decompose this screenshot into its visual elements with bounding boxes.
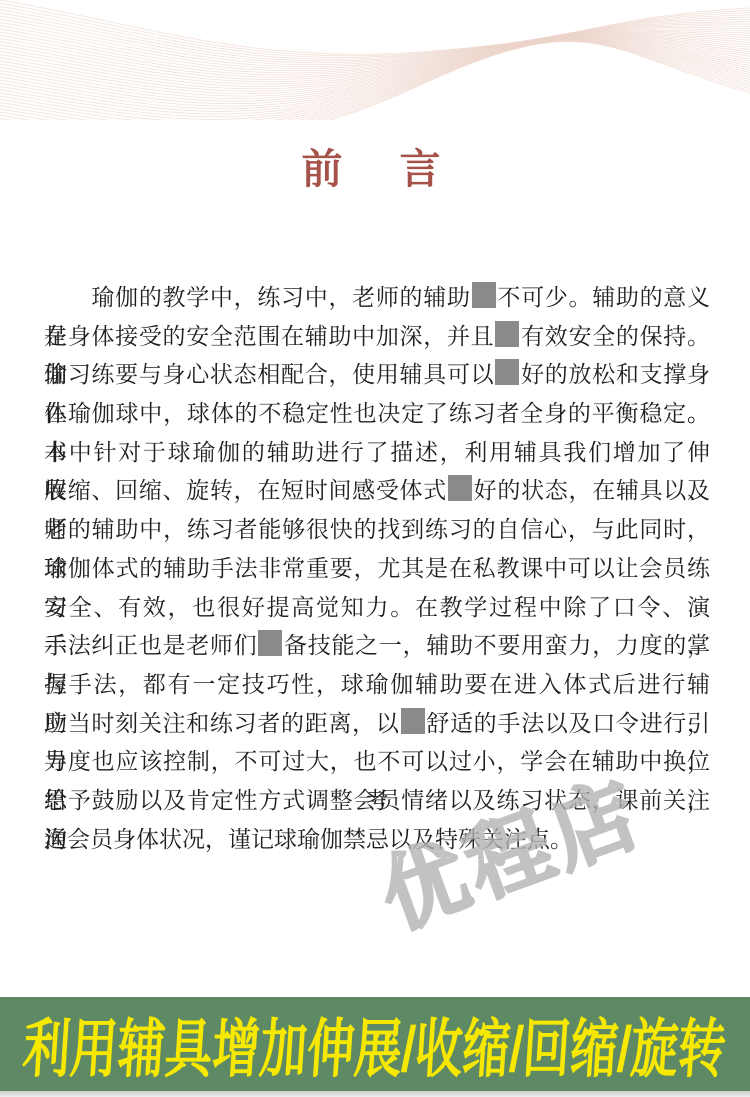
preface-paragraph: 瑜伽的教学中，练习中，老师的辅助不可少。辅助的意义是在身体接受的安全范围在辅助中… (44, 278, 710, 858)
redaction-box (448, 475, 472, 501)
text-line: 瑜伽的教学中，练习中，老师的辅助不可少。辅助的意义是 (44, 278, 710, 317)
redaction-box (258, 630, 282, 656)
text-line: 收缩、回缩、旋转，在短时间感受体式好的状态，在辅具以及老 (44, 471, 710, 510)
redaction-box (495, 359, 519, 385)
text-line: 应当时刻关注和练习者的距离，以舒适的手法以及口令进行引导， (44, 704, 710, 743)
text-line: 在身体接受的安全范围在辅助中加深，并且有效安全的保持。瑜 (44, 317, 710, 356)
banner-label: 利用辅具增加伸展/收缩/回缩/旋转 (21, 998, 729, 1090)
text-line: 与手法，都有一定技巧性，球瑜伽辅助要在进入体式后进行辅助， (44, 665, 710, 704)
text-line: 瑜伽体式的辅助手法非常重要，尤其是在私教课中可以让会员练习 (44, 549, 710, 588)
redaction-box (495, 321, 519, 347)
bottom-banner: 利用辅具增加伸展/收缩/回缩/旋转 (0, 997, 750, 1091)
bottom-strip (0, 1091, 750, 1097)
wave-pattern-svg (0, 0, 750, 120)
text-line: 力度也应该控制，不可过大，也不可以过小，学会在辅助中换位思考， (44, 742, 710, 781)
text-line: 给予鼓励以及肯定性方式调整会员情绪以及练习状态，课前关注沟 (44, 781, 710, 820)
text-line: 在瑜伽球中，球体的不稳定性也决定了练习者全身的平衡稳定。本 (44, 394, 710, 433)
text-line: 手法纠正也是老师们备技能之一，辅助不要用蛮力，力度的掌握 (44, 626, 710, 665)
redaction-box (472, 282, 496, 308)
redaction-box (401, 708, 425, 734)
page-title: 前 言 (0, 136, 750, 195)
text-line: 师的辅助中，练习者能够很快的找到练习的自信心，与此同时，球 (44, 510, 710, 549)
text-line: 书中针对于球瑜伽的辅助进行了描述，利用辅具我们增加了伸展、 (44, 433, 710, 472)
text-line: 伽习练要与身心状态相配合，使用辅具可以好的放松和支撑身体。 (44, 355, 710, 394)
text-line: 安全、有效，也很好提高觉知力。在教学过程中除了口令、演示， (44, 588, 710, 627)
text-line: 通会员身体状况，谨记球瑜伽禁忌以及特殊关注点。 (44, 820, 710, 859)
wave-decoration (0, 0, 750, 120)
